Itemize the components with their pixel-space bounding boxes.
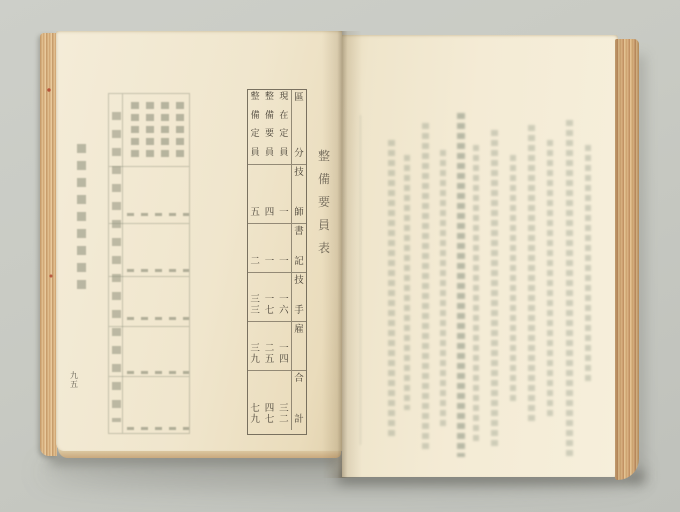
row-label: 書記 xyxy=(291,224,306,272)
row-label: 技師 xyxy=(291,165,306,223)
table-corner-label: 區分 xyxy=(291,90,306,164)
show-through-text-column xyxy=(77,144,87,294)
value-cell: 四 xyxy=(262,165,276,223)
value-cell: 二 xyxy=(248,224,262,272)
column-header-seibi-teiin: 整備定員 xyxy=(248,90,262,164)
value-cell: 三三 xyxy=(248,273,262,321)
value-cell: 一四 xyxy=(277,322,291,370)
value-cell: 三二 xyxy=(277,371,291,430)
personnel-table: 整備定員 整備要員 現在定員 區分 五 四 一 技師 二 一 一 xyxy=(247,89,307,435)
page-number: 九五 xyxy=(69,372,79,389)
value-cell: 四七 xyxy=(262,371,276,430)
table-row: 三九 二五 一四 雇 xyxy=(248,321,306,370)
table-title: 整備要員表 xyxy=(316,150,332,254)
value-cell: 七九 xyxy=(248,371,262,430)
table-row: 二 一 一 書記 xyxy=(248,223,306,272)
table-header-row: 整備定員 整備要員 現在定員 區分 xyxy=(248,90,306,164)
value-cell: 一 xyxy=(277,165,291,223)
column-header-genzai-teiin: 現在定員 xyxy=(277,90,291,164)
table-row: 七九 四七 三二 合計 xyxy=(248,370,306,430)
table-row: 三三 一七 一六 技手 xyxy=(248,272,306,321)
value-cell: 三九 xyxy=(248,322,262,370)
column-header-seibi-yoin: 整備要員 xyxy=(262,90,276,164)
left-page: 整備定員 整備要員 現在定員 區分 五 四 一 技師 二 一 一 xyxy=(56,31,342,451)
photo-background: 整備定員 整備要員 現在定員 區分 五 四 一 技師 二 一 一 xyxy=(0,0,680,512)
row-label: 合計 xyxy=(291,371,306,430)
table-row: 五 四 一 技師 xyxy=(248,164,306,223)
row-label: 雇 xyxy=(291,322,306,370)
value-cell: 五 xyxy=(248,165,262,223)
value-cell: 二五 xyxy=(262,322,276,370)
row-label: 技手 xyxy=(291,273,306,321)
page-edges-left xyxy=(40,33,57,456)
show-through-table xyxy=(108,93,190,434)
value-cell: 一 xyxy=(262,224,276,272)
value-cell: 一六 xyxy=(277,273,291,321)
show-through-text xyxy=(360,85,610,457)
value-cell: 一 xyxy=(277,224,291,272)
right-page xyxy=(342,35,618,477)
value-cell: 一七 xyxy=(262,273,276,321)
page-edges-right xyxy=(615,39,639,480)
